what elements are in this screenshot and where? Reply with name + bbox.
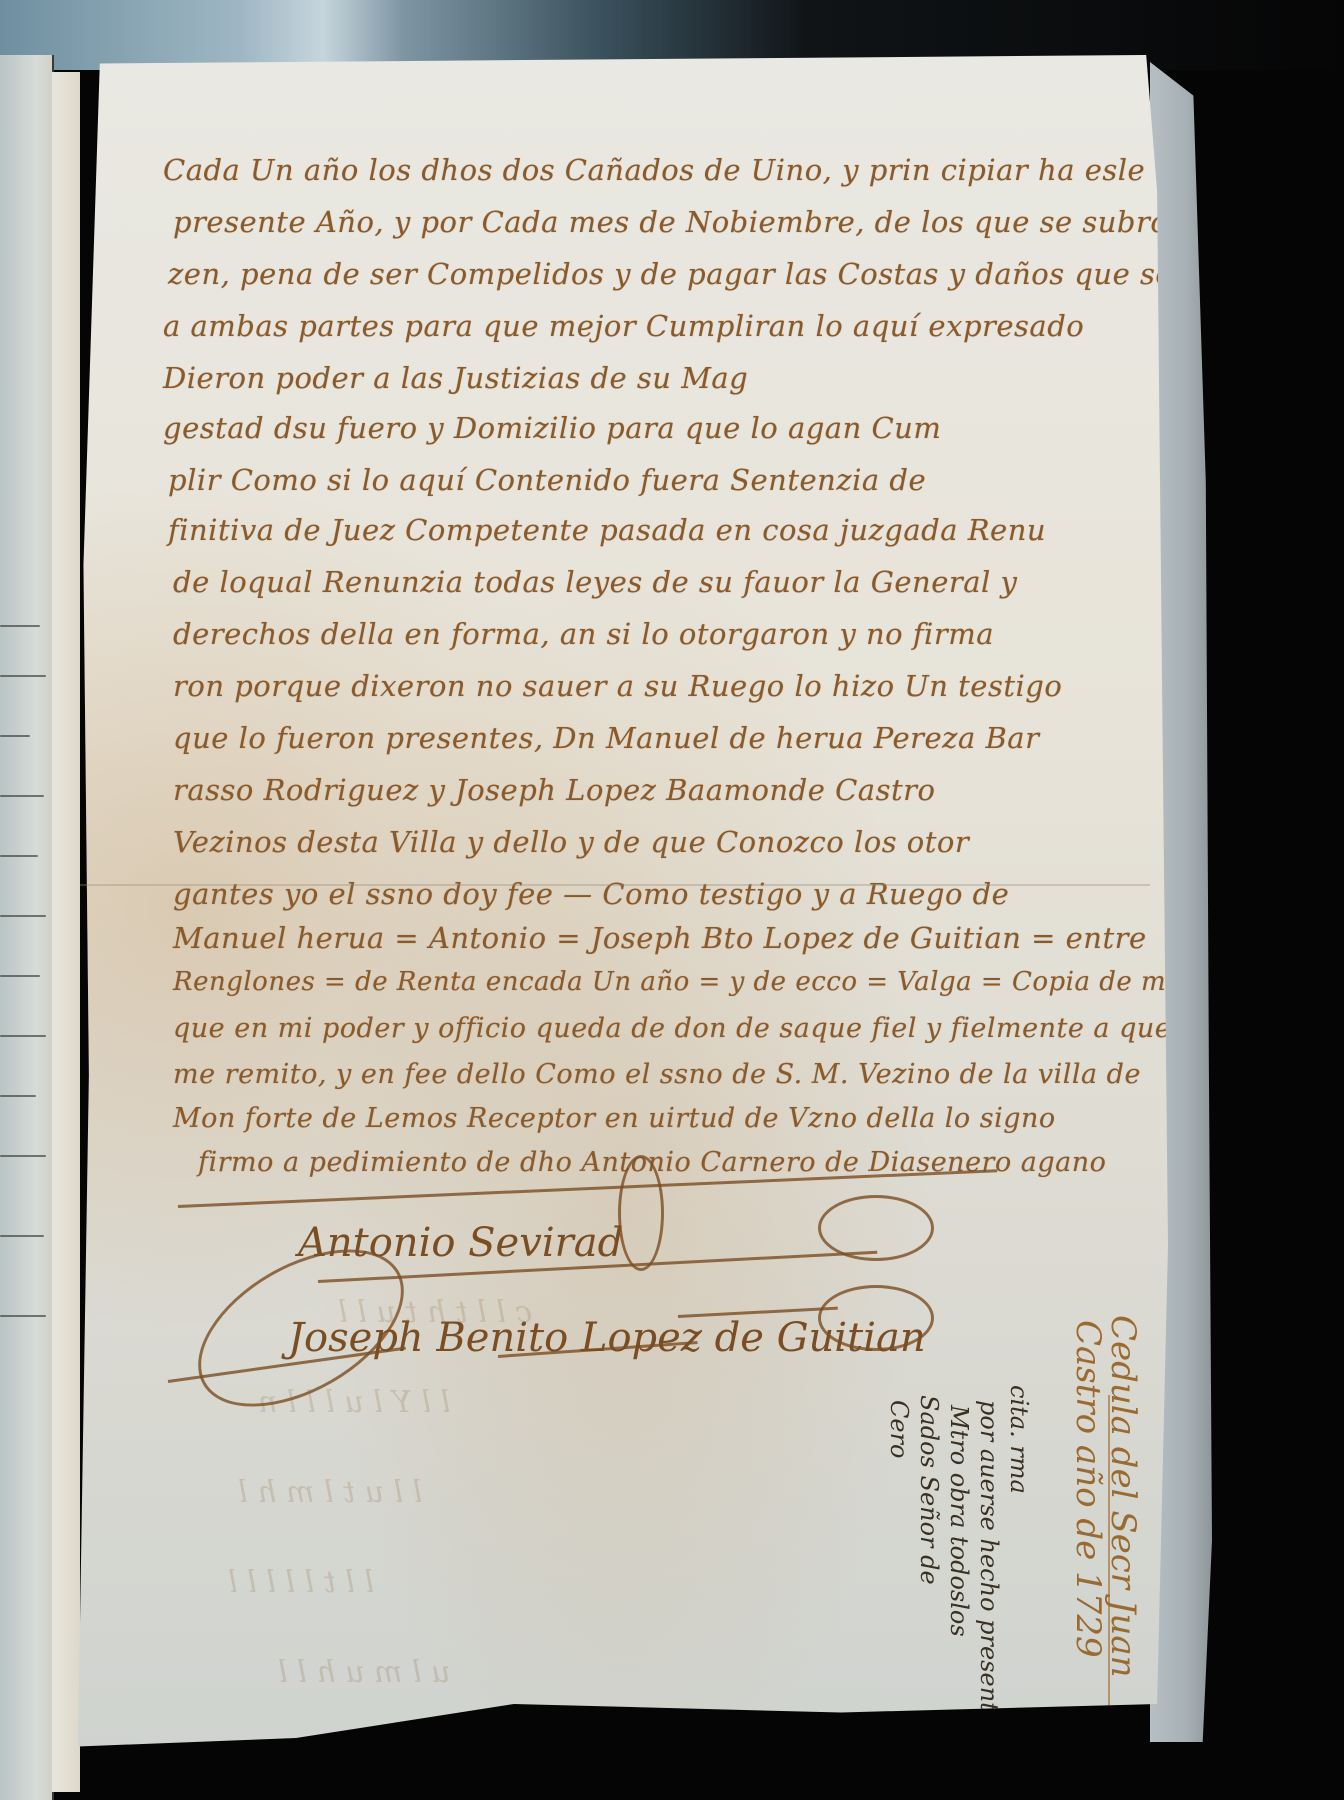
manuscript-line: Cada Un año los dhos dos Cañados de Uino… — [163, 153, 1145, 187]
manuscript-line: Renglones = de Renta encada Un año = y d… — [173, 967, 1281, 997]
manuscript-line: zen, pena de ser Compelidos y de pagar l… — [168, 257, 1327, 291]
manuscript-line: Dieron poder a las Justizias de su Mag — [163, 361, 748, 395]
manuscript-line: Manuel herua = Antonio = Joseph Bto Lope… — [173, 921, 1147, 955]
manuscript-line: Mon forte de Lemos Receptor en uirtud de… — [173, 1103, 1056, 1134]
signature: Joseph Benito Lopez de Guitian — [288, 1315, 926, 1361]
manuscript-line: me remito, y en fee dello Como el ssno d… — [173, 1059, 1141, 1090]
manuscript-page: c l l t h t u l l l l Y l u l l l n l l … — [78, 55, 1168, 1755]
manuscript-line: plir Como si lo aquí Contenido fuera Sen… — [168, 463, 926, 497]
manuscript-line: rasso Rodriguez y Joseph Lopez Baamonde … — [173, 773, 935, 807]
manuscript-line: gantes yo el ssno doy fee — Como testigo… — [173, 877, 1009, 911]
binding-gutter — [52, 72, 80, 1792]
manuscript-line: que lo fueron presentes, Dn Manuel de he… — [173, 721, 1039, 755]
manuscript-line: Vezinos desta Villa y dello y de que Con… — [173, 825, 969, 859]
margin-note: Mtro obra todoslos — [945, 1405, 973, 1637]
margin-note: Cero — [885, 1400, 913, 1459]
manuscript-line: presente Año, y por Cada mes de Nobiembr… — [173, 205, 1224, 239]
manuscript-line: de loqual Renunzia todas leyes de su fau… — [173, 565, 1017, 599]
signature: Antonio Sevirad — [298, 1220, 623, 1266]
left-page-edge — [0, 55, 54, 1800]
margin-note: Cedula del Secr Juan — [1103, 1315, 1143, 1678]
manuscript-line: finitiva de Juez Competente pasada en co… — [168, 513, 1046, 547]
manuscript-line: que en mi poder y officio queda de don d… — [173, 1013, 1171, 1044]
manuscript-line: a ambas partes para que mejor Cumpliran … — [163, 309, 1084, 343]
margin-note: cita. rma — [1005, 1385, 1033, 1494]
manuscript-line: derechos della en forma, an si lo otorga… — [173, 617, 994, 651]
margin-note: Castro año de 1729 — [1068, 1320, 1108, 1658]
page-fold-crease — [80, 884, 1150, 886]
manuscript-line: ron porque dixeron no sauer a su Ruego l… — [173, 669, 1062, 703]
margin-note: por auerse hecho presenta — [975, 1400, 1003, 1726]
manuscript-line: gestad dsu fuero y Domizilio para que lo… — [163, 411, 941, 445]
margin-note: Sados Señor de — [915, 1395, 943, 1585]
